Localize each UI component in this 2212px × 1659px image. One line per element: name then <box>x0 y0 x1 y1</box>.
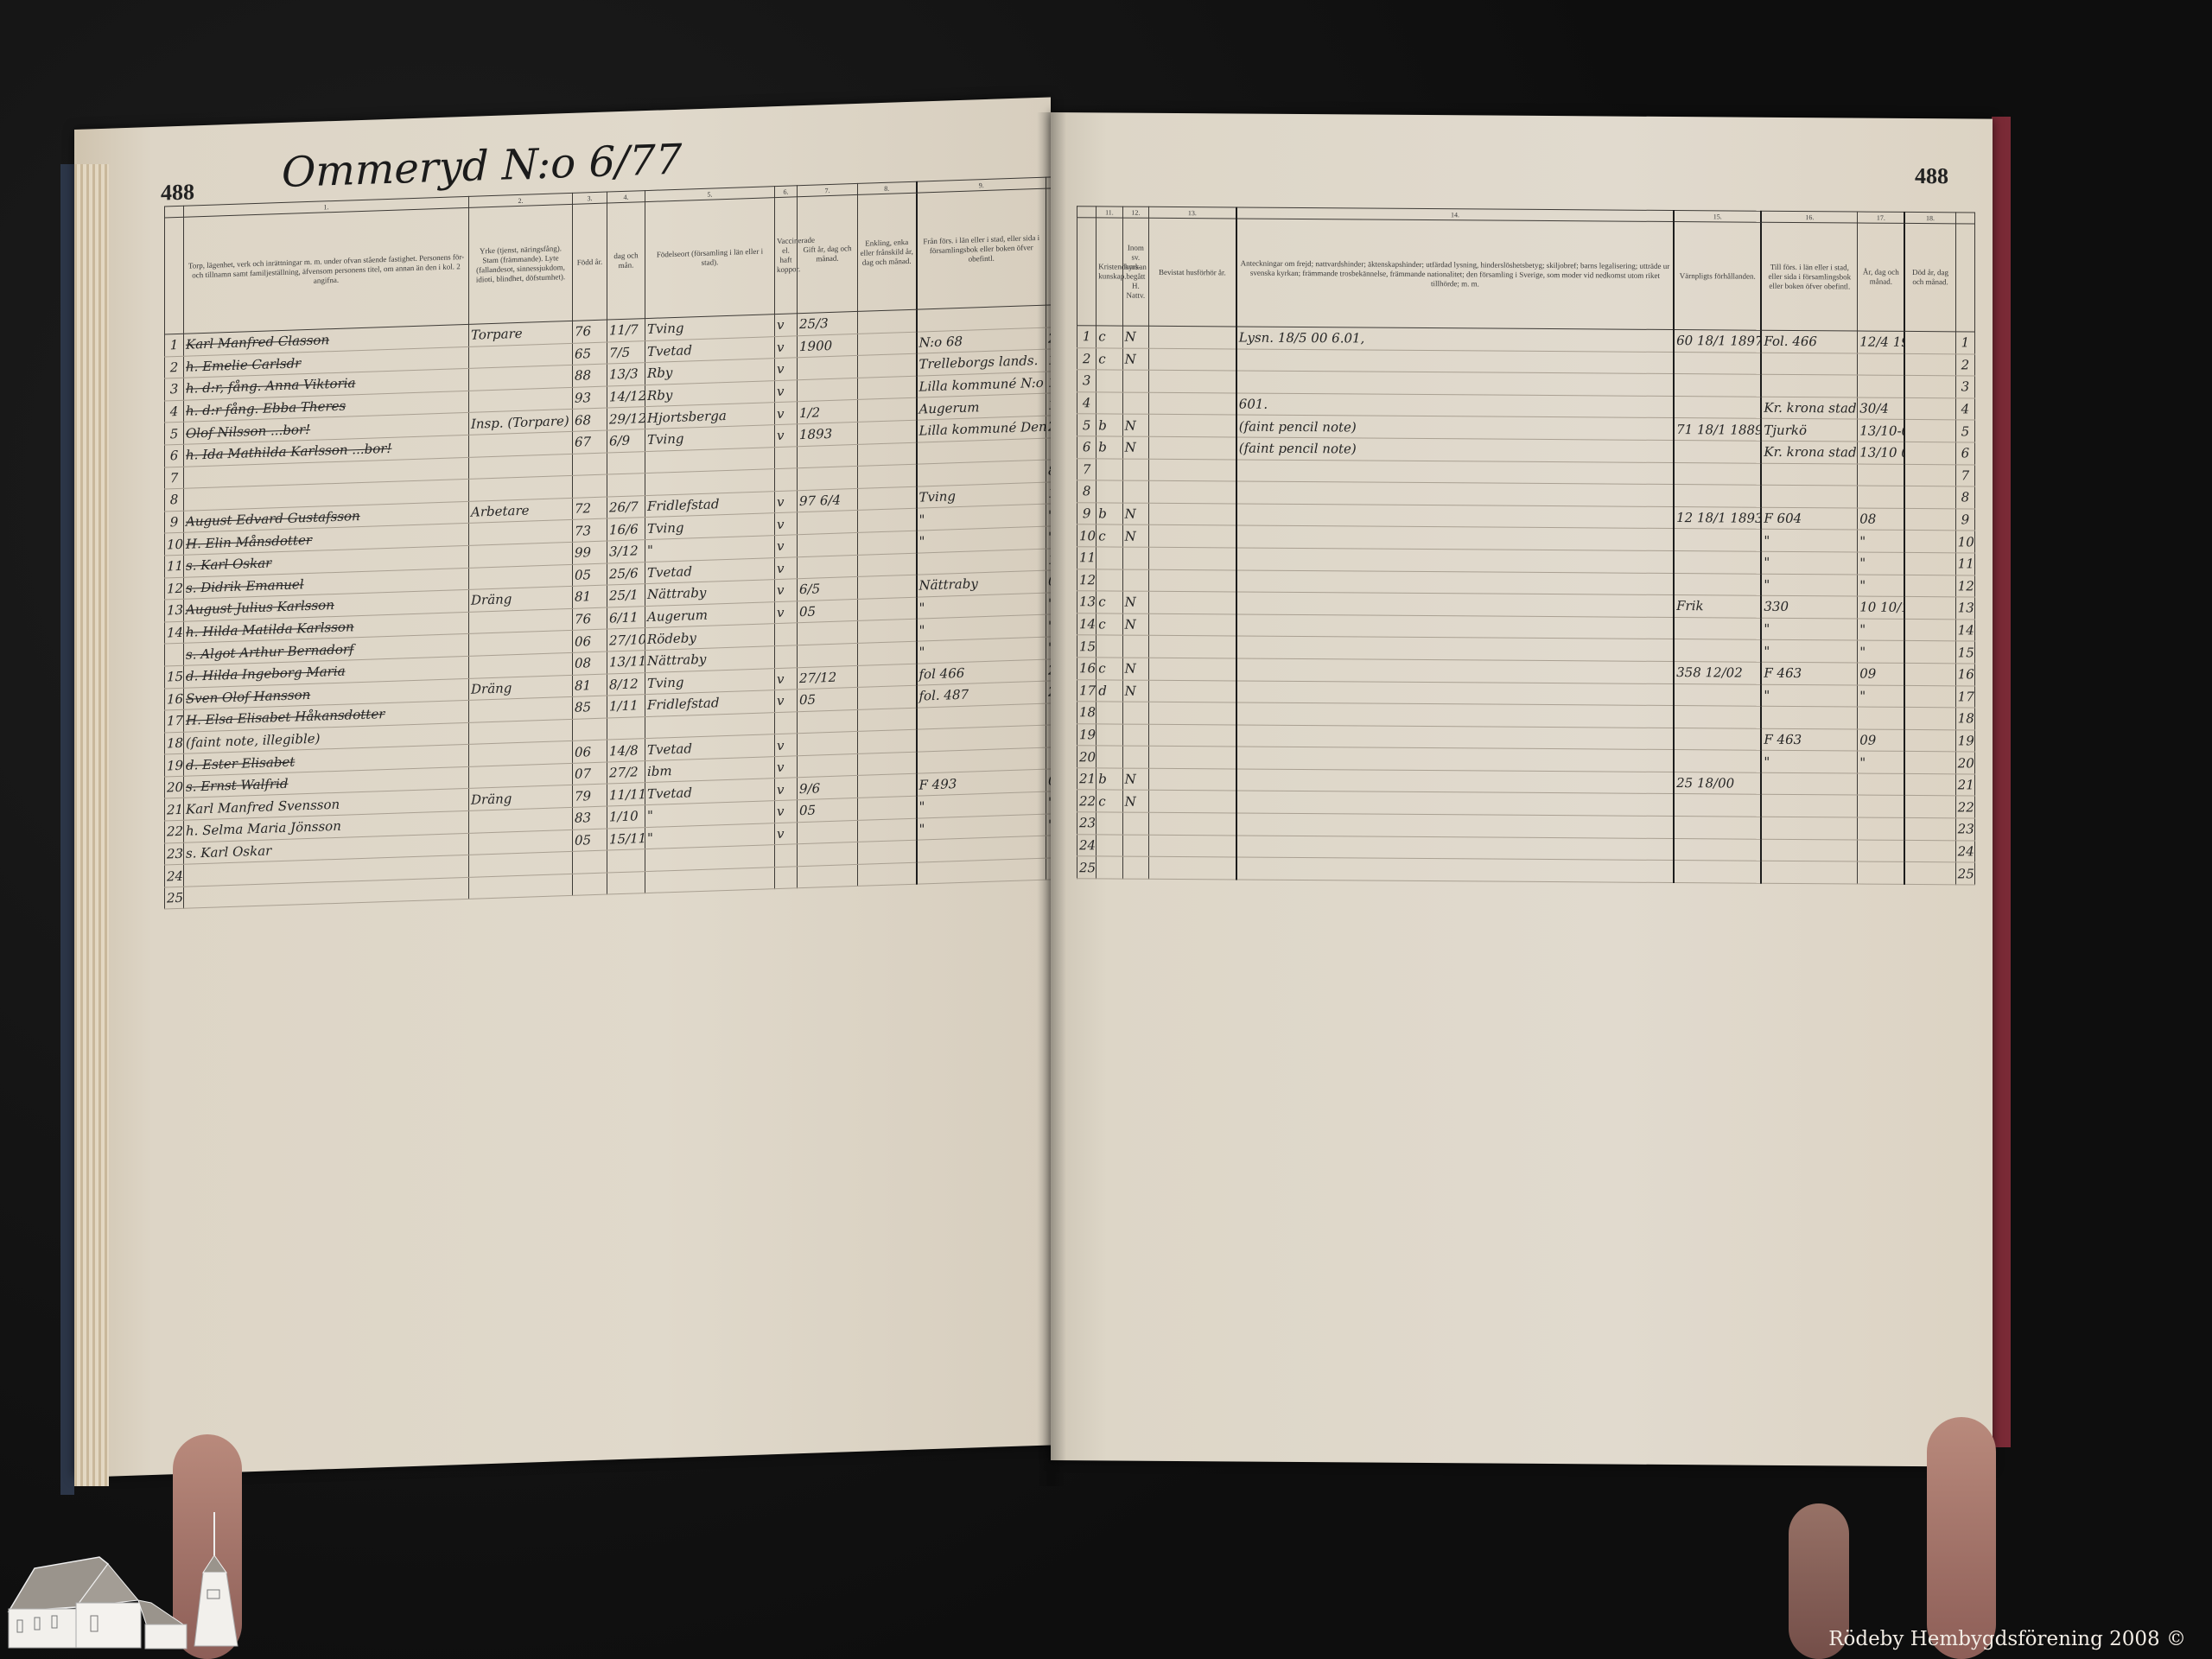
cell-year: 79 <box>573 785 607 808</box>
cell-to: Kr. krona stadsf. <box>1761 441 1857 463</box>
cell-kk <box>1096 635 1122 658</box>
cell-occ <box>469 652 573 678</box>
cell-date: 1/11 <box>607 695 645 718</box>
cell-hf <box>1149 791 1236 813</box>
cell-varn <box>1674 861 1761 883</box>
cell-vacc: v <box>775 756 798 779</box>
cell-notes <box>1236 525 1674 550</box>
row-number: 25 <box>165 887 184 909</box>
cell-vacc: v <box>775 380 798 403</box>
cell-kk: b <box>1096 503 1122 525</box>
row-number: 1 <box>1077 326 1096 348</box>
cell-married: 05 <box>798 798 858 822</box>
row-number: 7 <box>165 467 184 489</box>
cell-year: 83 <box>573 806 607 829</box>
cell-notes: 601. <box>1236 393 1674 418</box>
row-number: 24 <box>1077 834 1096 856</box>
cell-married <box>798 820 858 844</box>
cell-hn <box>1122 635 1148 658</box>
cell-kk: d <box>1096 679 1122 702</box>
cell-varn <box>1674 529 1761 551</box>
cell-widow <box>858 619 917 643</box>
row-number-right: 4 <box>1955 398 1974 421</box>
cell-notes <box>1236 680 1674 705</box>
cell-married <box>798 842 858 867</box>
row-number: 13 <box>165 599 184 621</box>
cell-vacc: v <box>775 667 798 690</box>
row-number-right: 17 <box>1955 685 1974 708</box>
cell-year: 99 <box>573 541 607 564</box>
cell-married: 6/5 <box>798 577 858 601</box>
cell-notes <box>1236 857 1674 882</box>
cell-date_out <box>1858 353 1905 376</box>
cell-married: 9/6 <box>798 776 858 800</box>
row-number: 20 <box>165 776 184 798</box>
cell-date_out: 12/4 1901 <box>1858 331 1905 353</box>
cell-varn <box>1674 485 1761 507</box>
column-header: Yrke (tjenst, näringsfång). Stam (främma… <box>469 204 573 324</box>
cell-hn: N <box>1122 613 1148 636</box>
cell-widow <box>858 818 917 842</box>
cell-kk <box>1096 702 1122 724</box>
row-number-right: 6 <box>1955 442 1974 465</box>
cell-to: F 463 <box>1761 728 1857 751</box>
row-number: 23 <box>1077 812 1096 835</box>
cell-hn <box>1122 856 1148 879</box>
cell-date_out <box>1858 707 1905 729</box>
cell-widow <box>858 442 917 467</box>
cell-date: 27/10 <box>607 628 645 652</box>
cell-date_out: 30/4 <box>1858 397 1905 420</box>
cell-date_out: " <box>1858 552 1905 575</box>
cell-hf <box>1149 547 1236 569</box>
cell-notes <box>1236 702 1674 728</box>
cell-varn: 12 18/1 1893 <box>1674 506 1761 529</box>
row-number <box>165 644 184 666</box>
cell-date_out: 13/10-05 1904 <box>1858 419 1905 442</box>
cell-year: 06 <box>573 629 607 652</box>
cell-married: 27/12 <box>798 665 858 690</box>
cell-hf <box>1149 591 1236 613</box>
row-number: 19 <box>1077 723 1096 746</box>
cell-vacc: v <box>775 822 798 844</box>
cell-kk <box>1096 370 1122 392</box>
cell-to <box>1761 485 1857 507</box>
cell-notes <box>1236 614 1674 639</box>
cell-notes <box>1236 371 1674 396</box>
cell-varn: Frik <box>1674 595 1761 618</box>
cell-widow <box>858 420 917 444</box>
cell-year: 93 <box>573 386 607 410</box>
cell-year: 85 <box>573 696 607 719</box>
cell-year <box>573 718 607 741</box>
cell-to: " <box>1761 530 1857 552</box>
cell-notes <box>1236 349 1674 374</box>
row-number-header <box>1955 213 1974 224</box>
cell-to <box>1761 861 1857 883</box>
cell-occ <box>469 431 573 457</box>
cell-occ <box>469 741 573 767</box>
cell-occ: Dräng <box>469 785 573 811</box>
cell-year: 68 <box>573 408 607 431</box>
cell-hf <box>1149 680 1236 702</box>
cell-notes <box>1236 769 1674 794</box>
column-number: 13. <box>1149 207 1236 219</box>
row-number: 10 <box>1077 524 1096 547</box>
cell-date: 16/6 <box>607 518 645 541</box>
right-page-number: 488 <box>1915 163 1948 189</box>
cell-date: 25/1 <box>607 584 645 607</box>
cell-dead <box>1904 331 1955 353</box>
cell-hn: N <box>1122 591 1148 613</box>
cell-year: 81 <box>573 674 607 697</box>
cell-kk: c <box>1096 613 1122 636</box>
column-number: 11. <box>1096 207 1122 218</box>
cell-married <box>798 864 858 888</box>
cell-dead <box>1904 597 1955 620</box>
cell-dead <box>1904 486 1955 509</box>
cell-year: 05 <box>573 563 607 587</box>
cell-date: 11/7 <box>607 319 645 342</box>
row-number: 1 <box>165 334 184 356</box>
cell-vacc <box>775 711 798 734</box>
row-number-header <box>165 217 184 334</box>
cell-vacc: v <box>775 512 798 535</box>
cell-widow <box>858 553 917 577</box>
cell-date <box>607 474 645 497</box>
cell-hf <box>1149 835 1236 857</box>
cell-hn: N <box>1122 326 1148 348</box>
cell-hf <box>1149 658 1236 680</box>
cell-vacc: v <box>775 690 798 712</box>
cell-hn <box>1122 547 1148 569</box>
cell-notes <box>1236 725 1674 750</box>
cell-dead <box>1904 464 1955 486</box>
book-gutter-shadow <box>1037 112 1066 1486</box>
cell-varn <box>1674 352 1761 374</box>
cell-hf <box>1149 503 1236 525</box>
cell-married <box>798 555 858 579</box>
cell-hn <box>1122 370 1148 392</box>
cell-kk: c <box>1096 790 1122 812</box>
cell-year: 81 <box>573 585 607 608</box>
cell-varn <box>1674 573 1761 595</box>
cell-kk <box>1096 746 1122 768</box>
cell-date: 26/7 <box>607 495 645 518</box>
row-number: 11 <box>1077 547 1096 569</box>
cell-notes <box>1236 481 1674 506</box>
cell-vacc: v <box>775 335 798 358</box>
cell-occ: Insp. (Torpare) <box>469 410 573 435</box>
cell-year <box>573 453 607 476</box>
row-number-right: 14 <box>1955 620 1974 642</box>
cell-notes <box>1236 636 1674 661</box>
cell-widow <box>858 641 917 665</box>
cell-notes <box>1236 460 1674 485</box>
cell-date <box>607 871 645 894</box>
cell-hn <box>1122 392 1148 415</box>
cell-kk: c <box>1096 658 1122 680</box>
cell-varn: 71 18/1 1889 <box>1674 418 1761 441</box>
row-number: 24 <box>165 865 184 887</box>
cell-date_out <box>1858 773 1905 796</box>
cell-married: 97 6/4 <box>798 488 858 512</box>
cell-hf <box>1149 613 1236 636</box>
row-number: 18 <box>1077 702 1096 724</box>
cell-to: F 604 <box>1761 507 1857 530</box>
row-number-right: 11 <box>1955 553 1974 575</box>
row-number: 4 <box>1077 391 1096 414</box>
cell-to: " <box>1761 618 1857 640</box>
cell-year: 05 <box>573 829 607 852</box>
cell-dead <box>1904 707 1955 729</box>
cell-date_out: " <box>1858 530 1905 552</box>
cell-date <box>607 451 645 474</box>
cell-vacc <box>775 844 798 867</box>
cell-occ <box>469 365 573 391</box>
cell-widow <box>858 597 917 621</box>
cell-date_out: 10 10/11 <box>1858 596 1905 619</box>
cell-widow <box>858 729 917 753</box>
cell-date: 13/11 <box>607 650 645 673</box>
cell-hn: N <box>1122 414 1148 436</box>
cell-notes <box>1236 813 1674 838</box>
cell-notes: Lysn. 18/5 00 6.01, <box>1236 327 1674 352</box>
cell-kk <box>1096 856 1122 879</box>
cell-notes <box>1236 548 1674 573</box>
cell-widow <box>858 509 917 533</box>
cell-hf <box>1149 525 1236 548</box>
cell-date_out: " <box>1858 619 1905 641</box>
cell-vacc: v <box>775 556 798 579</box>
cell-notes: (faint pencil note) <box>1236 437 1674 462</box>
row-number: 18 <box>165 732 184 754</box>
cell-widow <box>858 486 917 511</box>
row-number: 6 <box>1077 436 1096 459</box>
cell-hf <box>1149 747 1236 769</box>
cell-to <box>1761 795 1857 817</box>
cell-date_out: 09 <box>1858 729 1905 752</box>
cell-to <box>1761 374 1857 397</box>
cell-date: 27/2 <box>607 760 645 784</box>
cell-dead <box>1904 817 1955 840</box>
cell-year: 67 <box>573 430 607 454</box>
row-number-header <box>1077 218 1096 326</box>
book-cover-spine <box>60 164 74 1495</box>
cell-occ <box>469 719 573 745</box>
cell-kk <box>1096 480 1122 503</box>
cell-date: 29/12 <box>607 407 645 430</box>
cell-dead <box>1904 442 1955 464</box>
cell-married <box>798 444 858 468</box>
cell-occ <box>469 520 573 546</box>
row-number-right: 22 <box>1955 796 1974 818</box>
cell-married <box>798 621 858 645</box>
church-and-bell-tower-logo-icon <box>0 1503 251 1659</box>
column-header: Anteckningar om frejd; nattvardshinder; … <box>1236 219 1674 330</box>
cell-married <box>798 511 858 535</box>
cell-hn: N <box>1122 791 1148 813</box>
column-header: Till förs. i län eller i stad, eller sid… <box>1761 222 1857 331</box>
row-number-header <box>165 206 184 218</box>
cell-hn: N <box>1122 768 1148 791</box>
cell-hn: N <box>1122 503 1148 525</box>
column-number: 17. <box>1858 212 1905 223</box>
row-number: 14 <box>1077 613 1096 635</box>
cell-hf <box>1149 415 1236 437</box>
row-number-right: 8 <box>1955 486 1974 509</box>
row-number-right: 13 <box>1955 597 1974 620</box>
column-header: Värnpligts förhållanden. <box>1674 222 1761 331</box>
cell-vacc <box>775 645 798 668</box>
cell-occ <box>469 852 573 878</box>
cell-notes: (faint pencil note) <box>1236 415 1674 440</box>
cell-date_out: 08 <box>1858 508 1905 531</box>
cell-varn <box>1674 462 1761 485</box>
cell-date: 6/11 <box>607 606 645 629</box>
cell-dead <box>1904 796 1955 818</box>
cell-year: 73 <box>573 518 607 542</box>
cell-hf <box>1149 768 1236 791</box>
cell-dead <box>1904 685 1955 708</box>
cell-hf <box>1149 370 1236 392</box>
row-number: 5 <box>165 423 184 445</box>
cell-varn <box>1674 683 1761 706</box>
right-register-table: 11.12.13.14.15.16.17.18.Kristendoms-kuns… <box>1077 206 1975 885</box>
cell-kk: b <box>1096 768 1122 791</box>
cell-widow <box>858 862 917 887</box>
cell-vacc <box>775 867 798 889</box>
row-number: 21 <box>1077 768 1096 791</box>
cell-year <box>573 873 607 896</box>
column-header: Inom sv. kyrkan begått H. Nattv. <box>1122 218 1148 326</box>
cell-widow <box>858 685 917 709</box>
cell-to: " <box>1761 684 1857 707</box>
cell-notes <box>1236 791 1674 816</box>
row-number-right: 2 <box>1955 353 1974 376</box>
row-number: 13 <box>1077 591 1096 613</box>
cell-kk <box>1096 392 1122 415</box>
cell-hf <box>1149 436 1236 459</box>
cell-married <box>798 356 858 380</box>
cell-vacc <box>775 468 798 491</box>
row-number: 17 <box>165 709 184 732</box>
copyright-watermark: Rödeby Hembygdsförening 2008 © <box>1828 1628 2186 1650</box>
row-number: 22 <box>1077 790 1096 812</box>
left-page: 488 Ommeryd N:o 6/77 1.2.3.4.5.6.7.8.9.1… <box>74 98 1051 1478</box>
cell-widow <box>858 531 917 555</box>
cell-to: " <box>1761 574 1857 596</box>
row-number-right: 7 <box>1955 464 1974 486</box>
cell-date: 15/11 <box>607 827 645 850</box>
row-number: 19 <box>165 754 184 777</box>
row-number-right: 21 <box>1955 774 1974 797</box>
cell-married <box>798 709 858 734</box>
cell-widow <box>858 398 917 423</box>
cell-widow <box>858 752 917 776</box>
cell-notes <box>1236 658 1674 683</box>
column-header: Bevistat husförhör år. <box>1149 218 1236 327</box>
cell-occ: Torpare <box>469 321 573 346</box>
cell-date <box>607 716 645 740</box>
cell-from <box>917 858 1046 885</box>
cell-occ <box>469 829 573 855</box>
column-number: 6. <box>775 186 798 198</box>
cell-kk: c <box>1096 347 1122 370</box>
row-number: 21 <box>165 798 184 821</box>
cell-date: 14/8 <box>607 739 645 762</box>
row-number-header <box>1955 224 1974 332</box>
cell-date <box>607 849 645 873</box>
cell-date_out: " <box>1858 751 1905 773</box>
cell-dead <box>1904 531 1955 553</box>
column-header: Gift år, dag och månad. <box>798 194 858 313</box>
row-number-right: 18 <box>1955 708 1974 730</box>
cell-vacc: v <box>775 734 798 756</box>
cell-date_out: 13/10 05 <box>1858 442 1905 464</box>
cell-to: Kr. krona stadsf. <box>1761 397 1857 419</box>
cell-hn <box>1122 835 1148 857</box>
cell-varn <box>1674 706 1761 728</box>
cell-year <box>573 474 607 498</box>
cell-year: 65 <box>573 342 607 365</box>
cell-widow <box>858 332 917 356</box>
row-number: 6 <box>165 444 184 467</box>
cell-dead <box>1904 840 1955 862</box>
row-number: 14 <box>165 621 184 644</box>
cell-date_out: " <box>1858 575 1905 597</box>
cell-widow <box>858 664 917 688</box>
cell-occ <box>469 608 573 634</box>
cell-kk <box>1096 724 1122 747</box>
cell-hf <box>1149 326 1236 348</box>
column-number: 12. <box>1122 207 1148 218</box>
cell-year <box>573 850 607 874</box>
cell-vacc: v <box>775 778 798 800</box>
cell-date: 8/12 <box>607 672 645 696</box>
cell-hn <box>1122 569 1148 592</box>
left-page-number: 488 <box>161 179 194 206</box>
cell-married: 25/3 <box>798 311 858 335</box>
row-number-right: 15 <box>1955 641 1974 664</box>
cell-hn <box>1122 480 1148 503</box>
cell-occ <box>469 387 573 413</box>
cell-to: 330 <box>1761 595 1857 618</box>
row-number: 12 <box>165 577 184 600</box>
cell-varn <box>1674 441 1761 463</box>
cell-date_out <box>1858 486 1905 508</box>
row-number-right: 1 <box>1955 332 1974 354</box>
cell-vacc: v <box>775 601 798 623</box>
cell-occ <box>469 631 573 657</box>
row-number-right: 23 <box>1955 818 1974 841</box>
cell-dead <box>1904 397 1955 420</box>
column-header: dag och mån. <box>607 202 645 320</box>
cell-widow <box>858 309 917 334</box>
cell-dead <box>1904 420 1955 442</box>
cell-hf <box>1149 812 1236 835</box>
cell-date: 13/3 <box>607 363 645 386</box>
cell-date: 3/12 <box>607 540 645 563</box>
row-number: 7 <box>1077 458 1096 480</box>
row-number: 4 <box>165 400 184 423</box>
cell-dead <box>1904 376 1955 398</box>
column-number: 15. <box>1674 211 1761 223</box>
cell-dead <box>1904 752 1955 774</box>
column-header: Enkling, enka eller frånskild år, dag oc… <box>858 193 917 311</box>
cell-kk <box>1096 458 1122 480</box>
row-number: 22 <box>165 820 184 842</box>
